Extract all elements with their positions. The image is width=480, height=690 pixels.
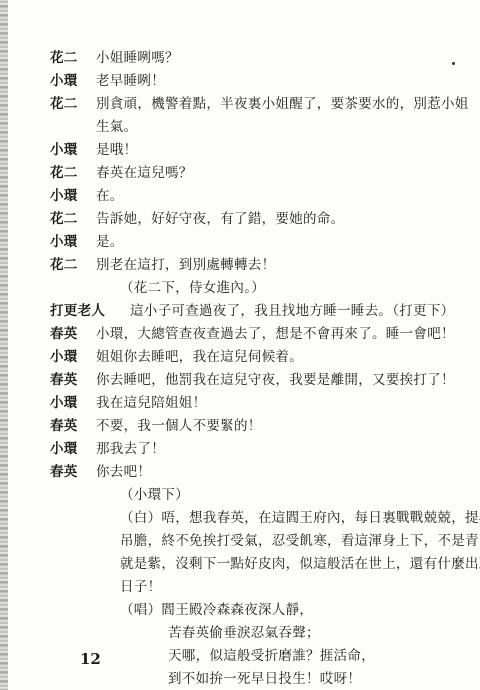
dialogue-text: 春英在這兒嗎？ (96, 162, 193, 185)
dialogue-line: 春英你去吧！ (50, 461, 470, 484)
monologue-line: 就是紫，沒剩下一點好皮肉，似這般活在世上，還有什麼出頭 (50, 553, 470, 576)
dialogue-line: 花二告訴她，好好守夜，有了錯，要她的命。 (50, 208, 470, 231)
song-text: 到不如拚一死早日投生！哎呀！ (168, 668, 361, 690)
dialogue-line: 小環姐姐你去睡吧，我在這兒伺候着。 (50, 346, 470, 369)
speaker-name: 花二 (50, 162, 78, 185)
dialogue-line: 小環我在這兒陪姐姐！ (50, 392, 470, 415)
dialogue-line: 花二小姐睡咧嗎？ (50, 47, 470, 70)
dialogue-text: 你去睡吧，他罰我在這兒守夜，我要是離開，又要挨打了！ (96, 369, 455, 392)
song-verse: 天哪，似這般受折磨誰？捱活命， (50, 645, 470, 668)
song-text: （唱）閻王殿冷森森夜深人靜， (120, 599, 313, 622)
speaker-name: 春英 (50, 415, 78, 438)
dialogue-line: 花二別老在這打，到別處轉轉去！ (50, 254, 470, 277)
stage-direction-text: （花二下，侍女進內。） (120, 277, 265, 300)
monologue-text: 就是紫，沒剩下一點好皮肉，似這般活在世上，還有什麼出頭 (120, 553, 480, 576)
song-text: 天哪，似這般受折磨誰？捱活命， (168, 645, 375, 668)
monologue-text: 日子！ (120, 576, 161, 599)
monologue-text: （白）唔，想我春英，在這閻王府內，每日裏戰戰兢兢，提心 (120, 507, 480, 530)
page-number: 12 (80, 650, 101, 668)
dialogue-text: 姐姐你去睡吧，我在這兒伺候着。 (96, 346, 303, 369)
song-verse: 苦春英偷垂淚忍氣吞聲； (50, 622, 470, 645)
speaker-name: 春英 (50, 461, 78, 484)
dialogue-line: 春英小環，大總管查夜查過去了，想是不會再來了。睡一會吧！ (50, 323, 470, 346)
dialogue-line: 小環是。 (50, 231, 470, 254)
speaker-name: 小環 (50, 139, 78, 162)
stage-direction-text: （小環下） (120, 484, 189, 507)
dialogue-line: 花二春英在這兒嗎？ (50, 162, 470, 185)
speaker-name: 春英 (50, 323, 78, 346)
dialogue-text: 那我去了！ (96, 438, 165, 461)
speaker-name: 小環 (50, 185, 78, 208)
dialogue-line: 小環那我去了！ (50, 438, 470, 461)
dialogue-line: 打更老人這小子可查過夜了，我且找地方睡一睡去。（打更下） (50, 300, 470, 323)
dialogue-line: 小環是哦！ (50, 139, 470, 162)
stage-direction: （花二下，侍女進內。） (50, 277, 470, 300)
speaker-name: 花二 (50, 208, 78, 231)
dialogue-line: 小環老早睡咧！ (50, 70, 470, 93)
speaker-name: 小環 (50, 231, 78, 254)
dialogue-line: 春英不要，我一個人不要緊的！ (50, 415, 470, 438)
monologue-text: 吊膽，終不免挨打受氣，忍受飢寒，看這渾身上下，不是青， (120, 530, 480, 553)
dialogue-text: 我在這兒陪姐姐！ (96, 392, 206, 415)
speaker-name: 小環 (50, 392, 78, 415)
dialogue-text: 小環，大總管查夜查過去了，想是不會再來了。睡一會吧！ (96, 323, 455, 346)
dialogue-text: 別老在這打，到別處轉轉去！ (96, 254, 275, 277)
monologue-line: 日子！ (50, 576, 470, 599)
speaker-name: 小環 (50, 70, 78, 93)
monologue-line: （白）唔，想我春英，在這閻王府內，每日裏戰戰兢兢，提心 (50, 507, 470, 530)
dialogue-text: 是。 (96, 231, 124, 254)
dialogue-text: 是哦！ (96, 139, 137, 162)
speaker-name: 小環 (50, 438, 78, 461)
monologue-line: 吊膽，終不免挨打受氣，忍受飢寒，看這渾身上下，不是青， (50, 530, 470, 553)
script-page: 花二小姐睡咧嗎？ 小環老早睡咧！ 花二別貪頑，機警着點，半夜裏小姐醒了，要茶要水… (50, 47, 470, 690)
page-binding-edge (0, 0, 8, 690)
dialogue-text: 老早睡咧！ (96, 70, 165, 93)
speaker-name: 花二 (50, 254, 78, 277)
dialogue-line: 春英你去睡吧，他罰我在這兒守夜，我要是離開，又要挨打了！ (50, 369, 470, 392)
dialogue-continuation: 生氣。 (50, 116, 470, 139)
song-line: （唱）閻王殿冷森森夜深人靜， (50, 599, 470, 622)
dialogue-line: 花二別貪頑，機警着點，半夜裏小姐醒了，要茶要水的，別惹小姐 (50, 93, 470, 116)
dialogue-text: 在。 (96, 185, 124, 208)
dialogue-text: 你去吧！ (96, 461, 151, 484)
dialogue-text: 小姐睡咧嗎？ (96, 47, 179, 70)
speaker-name: 小環 (50, 346, 78, 369)
speaker-name: 花二 (50, 93, 78, 116)
dialogue-text: 生氣。 (96, 116, 137, 139)
dialogue-line: 小環在。 (50, 185, 470, 208)
dialogue-text: 告訴她，好好守夜，有了錯，要她的命。 (96, 208, 344, 231)
song-text: 苦春英偷垂淚忍氣吞聲； (168, 622, 320, 645)
stage-direction: （小環下） (50, 484, 470, 507)
speaker-name: 打更老人 (50, 300, 105, 323)
dialogue-text: 別貪頑，機警着點，半夜裏小姐醒了，要茶要水的，別惹小姐 (96, 93, 469, 116)
speaker-name: 花二 (50, 47, 78, 70)
speaker-name: 春英 (50, 369, 78, 392)
dialogue-text: 不要，我一個人不要緊的！ (96, 415, 262, 438)
dialogue-text: 這小子可查過夜了，我且找地方睡一睡去。（打更下） (130, 300, 454, 323)
song-verse: 到不如拚一死早日投生！哎呀！ (50, 668, 470, 690)
